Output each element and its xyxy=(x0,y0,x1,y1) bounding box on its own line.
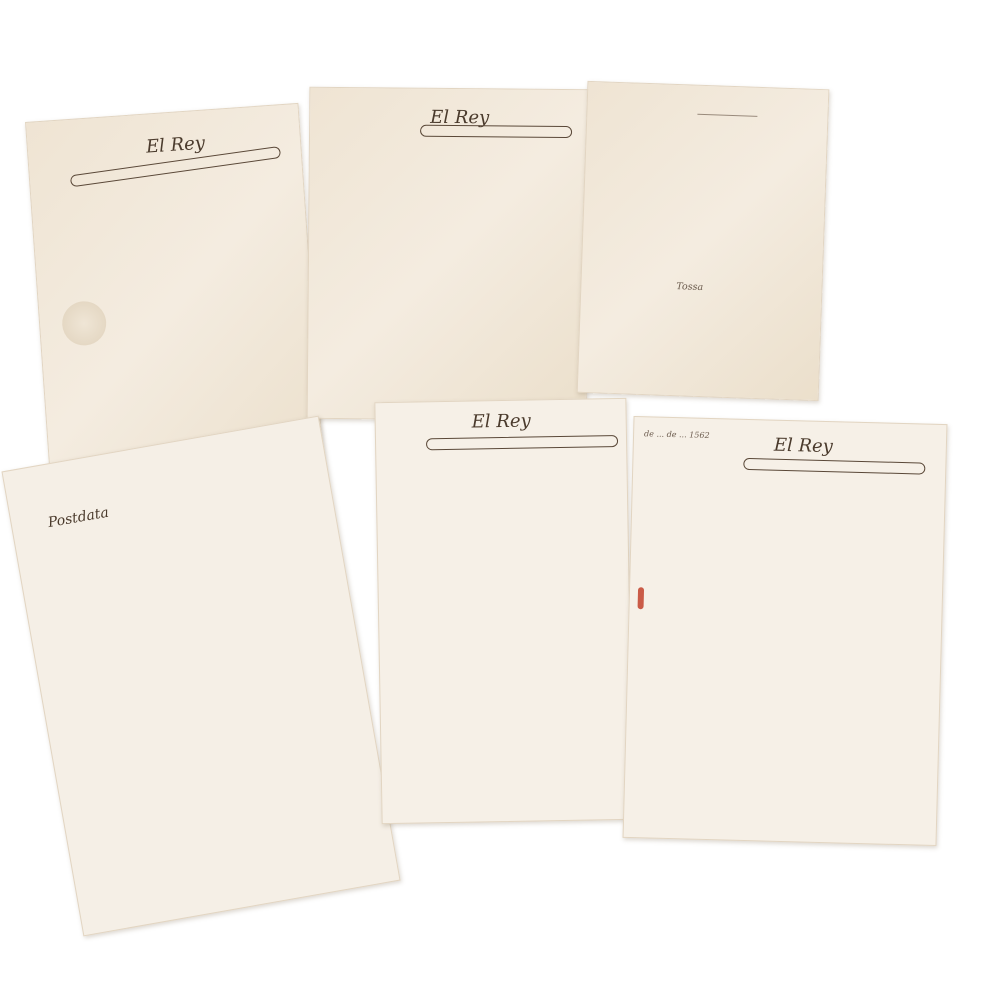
heading-flourish xyxy=(743,458,925,475)
letter-heading: El Rey xyxy=(472,411,531,433)
letter-heading: El Rey xyxy=(145,133,205,158)
manuscript-bottom-middle: El Rey xyxy=(374,398,633,824)
manuscript-top-right: Tossa xyxy=(577,81,830,401)
top-rule xyxy=(697,114,757,117)
letter-heading: Postdata xyxy=(47,505,110,531)
letter-heading: El Rey xyxy=(774,435,834,458)
manuscript-bottom-right: El Rey de ... de ... 1562 xyxy=(623,416,948,846)
red-wax-mark xyxy=(638,587,645,609)
heading-flourish xyxy=(420,125,572,138)
letter-signature: Tossa xyxy=(676,280,703,294)
heading-flourish xyxy=(426,435,618,450)
margin-note: de ... de ... 1562 xyxy=(644,427,734,443)
manuscript-middle-left: Postdata xyxy=(1,416,400,937)
paper-seal xyxy=(61,300,108,347)
manuscript-top-middle: El Rey xyxy=(307,87,590,421)
